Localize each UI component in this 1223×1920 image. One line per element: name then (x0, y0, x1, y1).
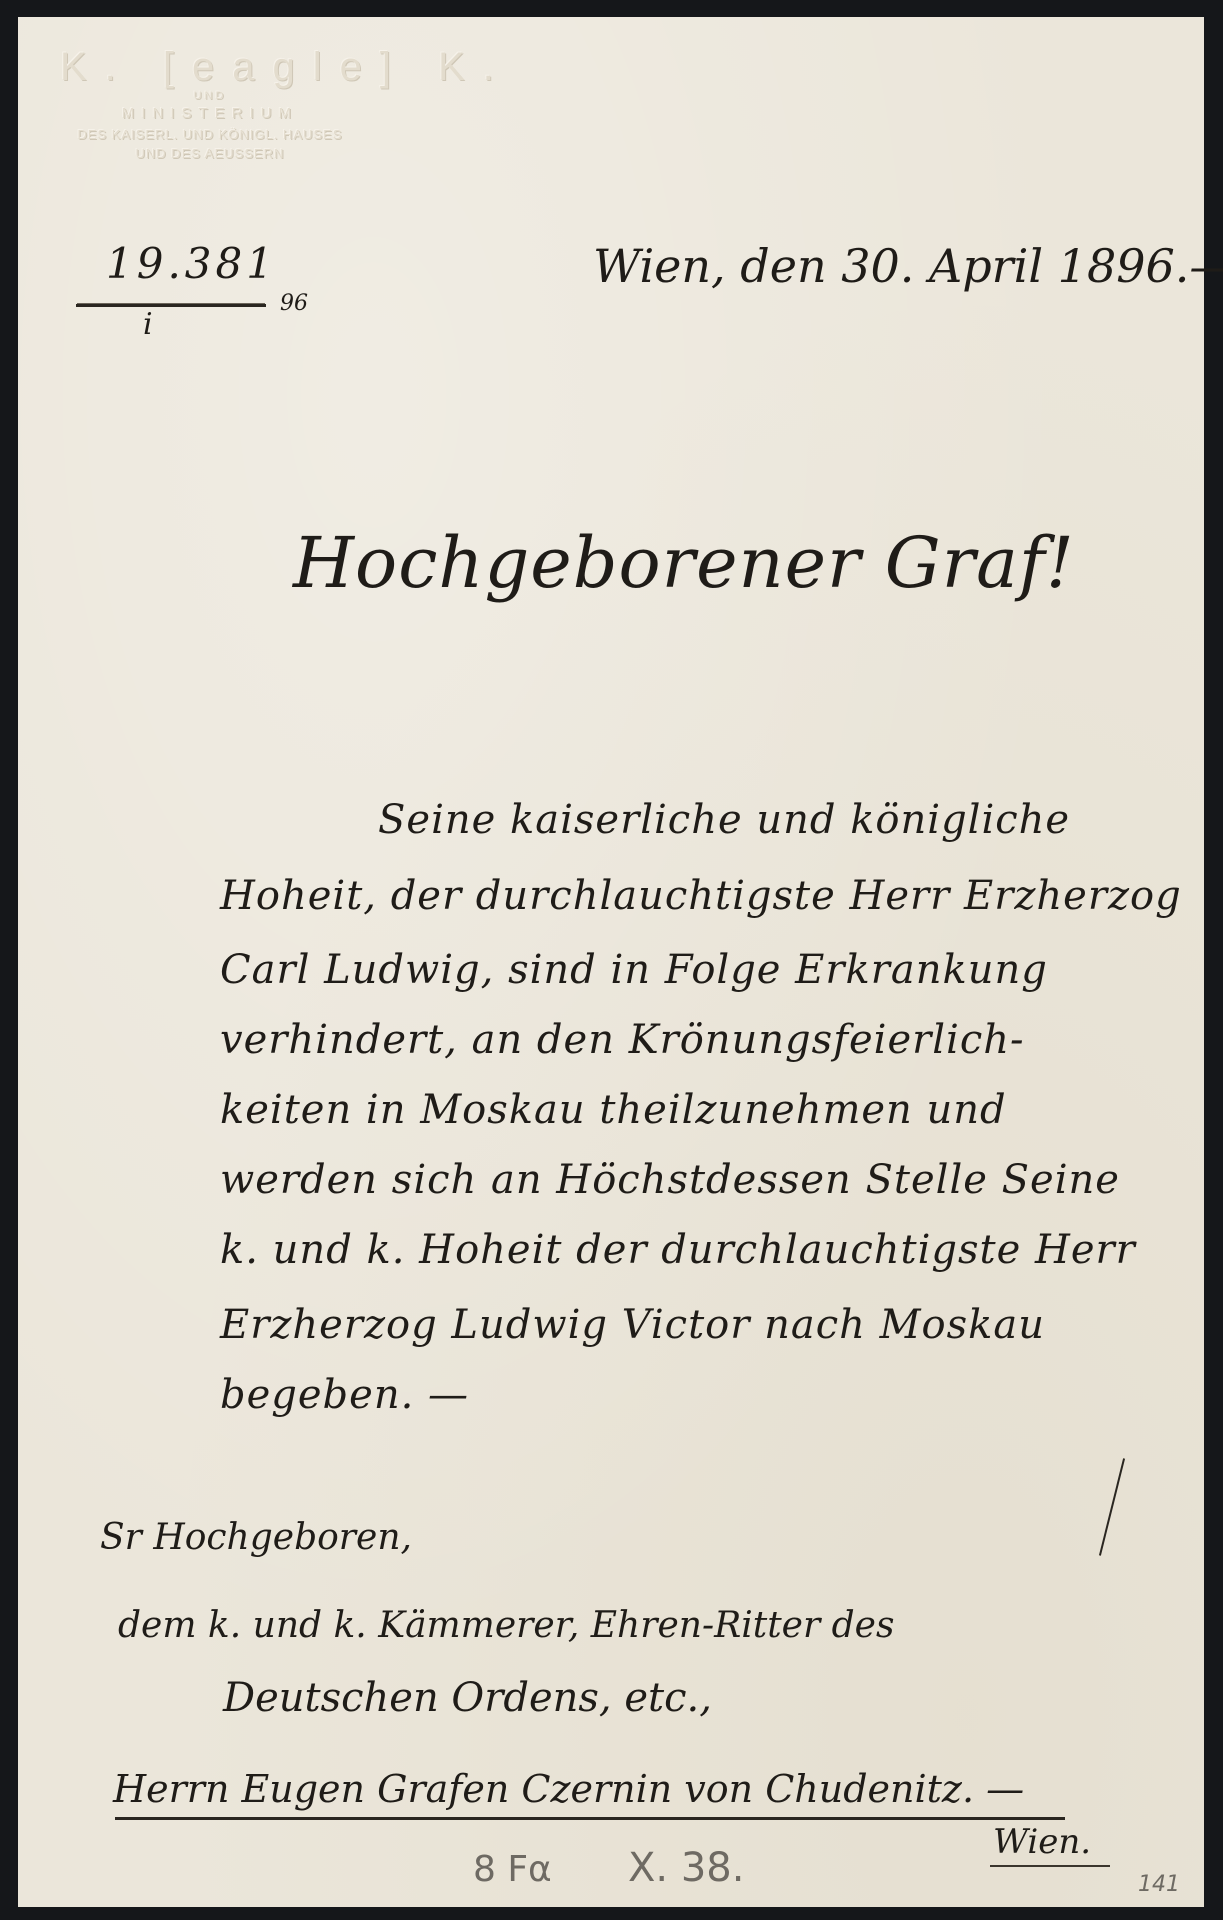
reference-year: 96 (280, 291, 308, 316)
archive-signature-mark: X. 38. (628, 1845, 744, 1891)
date-line: Wien, den 30. April 1896.— (593, 239, 1223, 293)
recipient-underline (115, 1817, 1065, 1820)
body-line-2: Hoheit, der durchlauchtigste Herr Erzher… (220, 873, 1182, 919)
double-eagle-crest-icon: K. [eagle] K. (60, 45, 360, 89)
body-line-7: k. und k. Hoheit der durchlauchtigste He… (220, 1227, 1136, 1273)
body-line-4: verhindert, an den Krönungsfeierlich- (220, 1017, 1025, 1063)
body-line-5: keiten in Moskau theilzunehmen und (220, 1087, 1007, 1133)
reference-denominator: i (143, 307, 153, 342)
body-line-8: Erzherzog Ludwig Victor nach Moskau (220, 1302, 1045, 1348)
letterhead-haus: DES KAISERL. UND KÖNIGL. HAUSES (60, 125, 360, 144)
city-underline (990, 1865, 1110, 1867)
closing-slash-mark (1099, 1458, 1125, 1556)
address-recipient: Herrn Eugen Grafen Czernin von Chudenitz… (113, 1767, 1024, 1811)
embossed-letterhead: K. [eagle] K. UND MINISTERIUM DES KAISER… (60, 45, 360, 163)
address-city: Wien. (993, 1822, 1091, 1862)
letterhead-aeussern: UND DES AEUSSERN (60, 144, 360, 163)
body-line-3: Carl Ludwig, sind in Folge Erkrankung (220, 947, 1048, 993)
archive-fascicle-mark: 8 Fα (473, 1849, 552, 1890)
body-line-1: Seine kaiserliche und königliche (378, 797, 1070, 843)
letterhead-und: UND (60, 89, 360, 103)
body-line-9: begeben. — (220, 1372, 469, 1418)
address-title: dem k. und k. Kämmerer, Ehren-Ritter des (118, 1605, 894, 1646)
letter-paper: K. [eagle] K. UND MINISTERIUM DES KAISER… (18, 17, 1204, 1907)
reference-number: 19.381 (106, 239, 277, 288)
reference-fraction-line (76, 304, 266, 307)
address-order: Deutschen Ordens, etc., (223, 1675, 712, 1721)
address-honorific: Sr Hochgeboren, (100, 1517, 412, 1558)
folio-number: 141 (1138, 1872, 1180, 1897)
body-line-6: werden sich an Höchstdessen Stelle Seine (220, 1157, 1120, 1203)
letterhead-ministerium: MINISTERIUM (60, 103, 360, 125)
salutation: Hochgeborener Graf! (293, 522, 1075, 604)
